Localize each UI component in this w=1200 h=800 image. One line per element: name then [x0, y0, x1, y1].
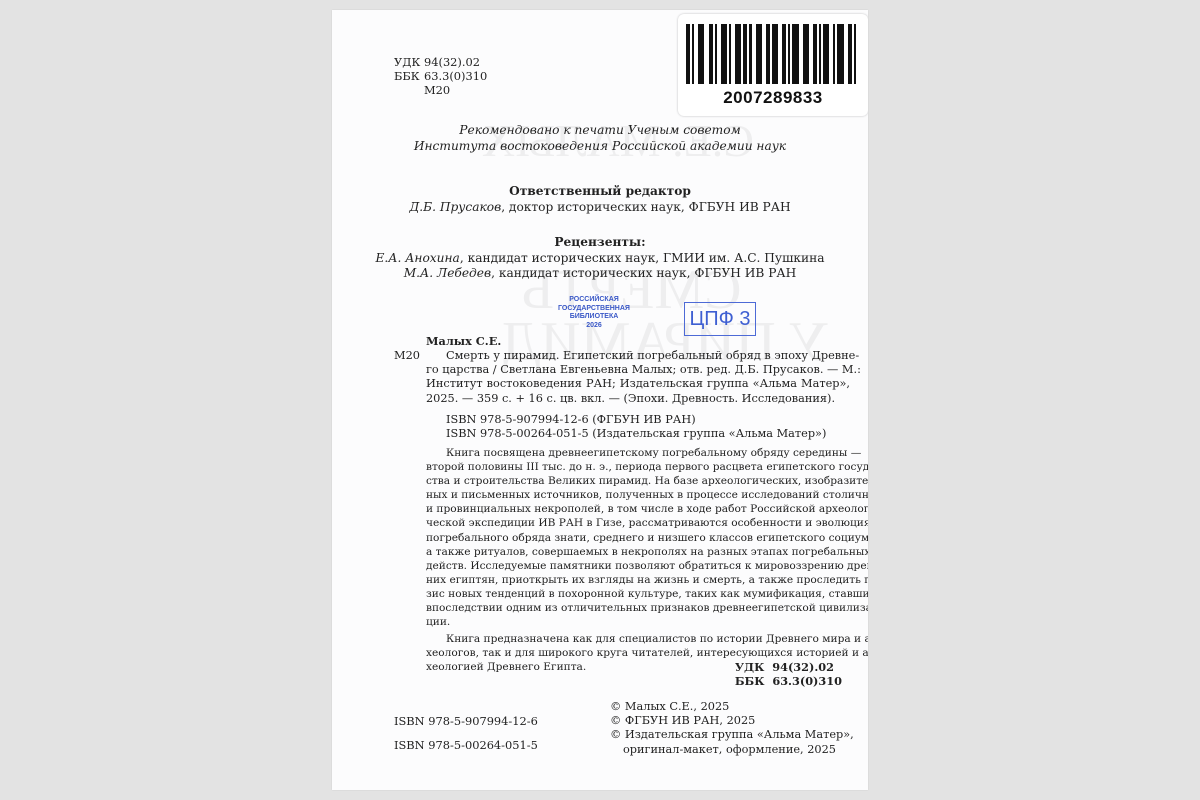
reviewers-block: Рецензенты: Е.А. Анохина, кандидат истор…	[332, 235, 868, 282]
footer-bbk: ББК 63.3(0)310	[735, 674, 842, 688]
recommendation-line1: Рекомендовано к печати Ученым советом	[332, 123, 868, 139]
udk-label: УДК	[394, 55, 424, 69]
abstract-paragraph-1: Книга посвящена древнеегипетскому погреб…	[426, 446, 850, 629]
copyright-line: оригинал-макет, оформление, 2025	[610, 743, 854, 757]
barcode-number: 2007289833	[678, 88, 868, 108]
reviewer-name: М.А. Лебедев	[404, 266, 491, 280]
footer-codes: УДК 94(32).02 ББК 63.3(0)310	[735, 660, 842, 688]
bib-isbn: ISBN 978-5-907994-12-6 (ФГБУН ИВ РАН)	[446, 413, 826, 427]
author-mark: М20	[424, 83, 450, 97]
bib-isbn: ISBN 978-5-00264-051-5 (Издательская гру…	[446, 427, 826, 441]
copyright-line: © Малых С.Е., 2025	[610, 700, 854, 714]
copyright-line: © ФГБУН ИВ РАН, 2025	[610, 714, 854, 728]
copyright-block: © Малых С.Е., 2025 © ФГБУН ИВ РАН, 2025 …	[610, 700, 854, 757]
cpf-stamp: ЦПФ 3	[684, 302, 756, 336]
editor-block: Ответственный редактор Д.Б. Прусаков, до…	[332, 184, 868, 215]
footer-isbn-2: ISBN 978-5-00264-051-5	[394, 738, 538, 752]
bib-mark: М20	[394, 349, 420, 363]
reviewer-name: Е.А. Анохина	[375, 251, 459, 265]
bib-isbn-list: ISBN 978-5-907994-12-6 (ФГБУН ИВ РАН) IS…	[446, 413, 826, 441]
reviewer-item: М.А. Лебедев, кандидат исторических наук…	[332, 266, 868, 282]
udk-value: 94(32).02	[424, 55, 480, 69]
barcode-bar	[856, 24, 860, 84]
library-stamp: РОССИЙСКАЯ ГОСУДАРСТВЕННАЯ БИБЛИОТЕКА 20…	[556, 296, 632, 330]
recommendation-line2: Институтa востоковедения Российской акад…	[332, 139, 868, 155]
footer-isbn-1: ISBN 978-5-907994-12-6	[394, 714, 538, 728]
bib-description: Смерть у пирамид. Египетский погребальны…	[426, 349, 850, 406]
copyright-line: © Издательская группа «Альма Матер»,	[610, 728, 854, 742]
reviewer-item: Е.А. Анохина, кандидат исторических наук…	[332, 251, 868, 267]
classification-codes: УДК94(32).02 ББК63.3(0)310 М20	[394, 55, 487, 97]
reviewer-details: , кандидат исторических наук, ГМИИ им. А…	[460, 251, 825, 265]
editor-name: Д.Б. Прусаков	[409, 200, 501, 214]
book-page: С.Е. МАЛЫХ СМЕРТЬ У ПИРАМИД УДК94(32).02…	[332, 10, 868, 790]
editor-heading: Ответственный редактор	[332, 184, 868, 200]
recommendation: Рекомендовано к печати Ученым советом Ин…	[332, 123, 868, 154]
bib-author-heading: Малых С.Е.	[426, 334, 501, 348]
barcode-sticker: 2007289833	[678, 14, 868, 116]
reviewers-heading: Рецензенты:	[332, 235, 868, 251]
bbk-value: 63.3(0)310	[424, 69, 487, 83]
bbk-label: ББК	[394, 69, 424, 83]
footer-udk: УДК 94(32).02	[735, 660, 842, 674]
editor-details: , доктор исторических наук, ФГБУН ИВ РАН	[501, 200, 790, 214]
barcode-bars	[686, 24, 860, 84]
reviewer-details: , кандидат исторических наук, ФГБУН ИВ Р…	[491, 266, 796, 280]
